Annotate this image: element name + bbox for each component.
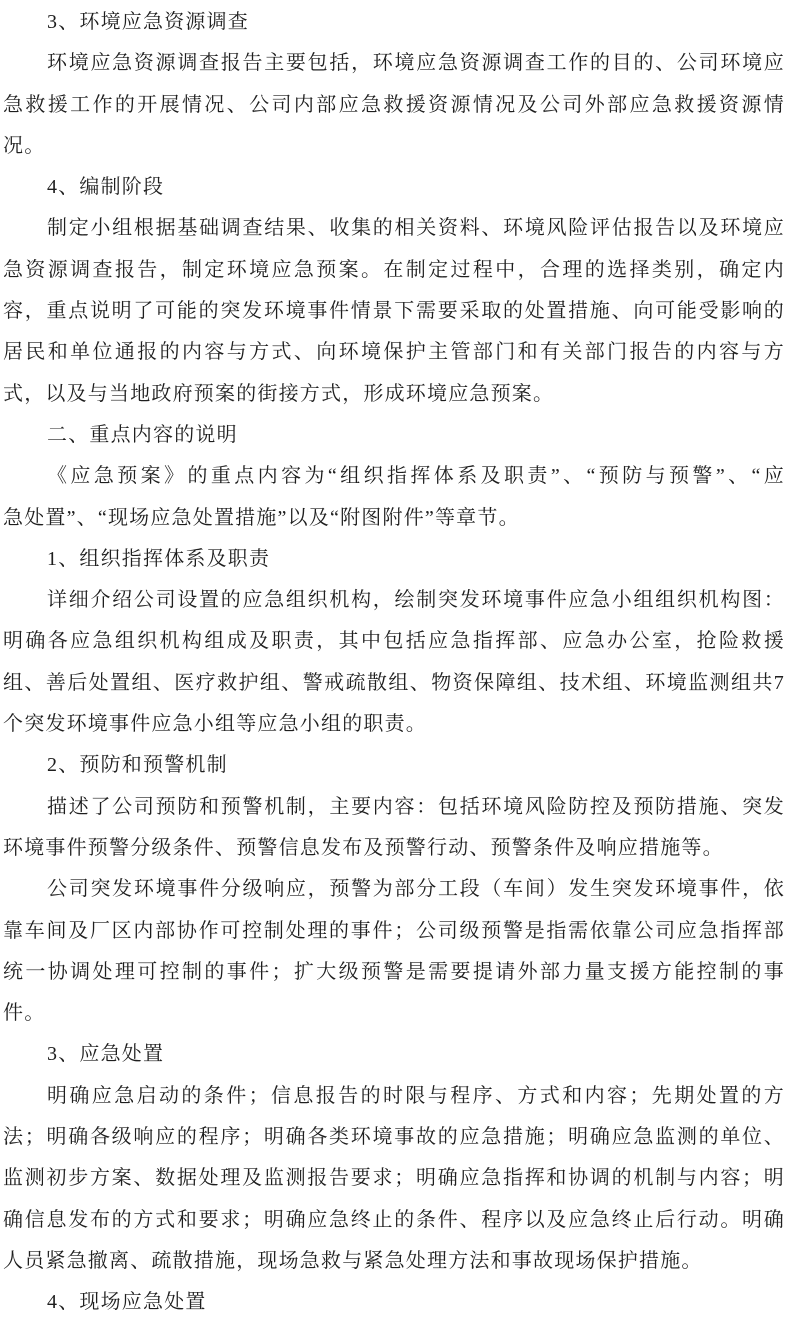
document-line: 二、重点内容的说明	[3, 415, 785, 456]
document-line: 统一协调处理可控制的事件；扩大级预警是需要提请外部力量支援方能控制的事	[3, 952, 785, 993]
document-page: 3、环境应急资源调查环境应急资源调查报告主要包括，环境应急资源调查工作的目的、公…	[0, 0, 800, 1325]
document-line: 急资源调查报告，制定环境应急预案。在制定过程中，合理的选择类别，确定内	[3, 250, 785, 291]
document-line: 明确各应急组织机构组成及职责，其中包括应急指挥部、应急办公室，抢险救援	[3, 621, 785, 662]
document-line: 组、善后处置组、医疗救护组、警戒疏散组、物资保障组、技术组、环境监测组共7	[3, 663, 785, 704]
document-line: 2、预防和预警机制	[3, 745, 785, 786]
document-line: 件。	[3, 993, 785, 1034]
document-line: 况。	[3, 126, 785, 167]
document-line: 制定小组根据基础调查结果、收集的相关资料、环境风险评估报告以及环境应	[3, 208, 785, 249]
document-text: 3、环境应急资源调查环境应急资源调查报告主要包括，环境应急资源调查工作的目的、公…	[3, 2, 785, 1324]
document-line: 监测初步方案、数据处理及监测报告要求；明确应急指挥和协调的机制与内容；明	[3, 1158, 785, 1199]
document-line: 环境事件预警分级条件、预警信息发布及预警行动、预警条件及响应措施等。	[3, 828, 785, 869]
document-line: 4、编制阶段	[3, 167, 785, 208]
document-line: 明确应急启动的条件；信息报告的时限与程序、方式和内容；先期处置的方	[3, 1076, 785, 1117]
document-line: 居民和单位通报的内容与方式、向环境保护主管部门和有关部门报告的内容与方	[3, 332, 785, 373]
document-line: 公司突发环境事件分级响应，预警为部分工段（车间）发生突发环境事件，依	[3, 869, 785, 910]
document-line: 3、环境应急资源调查	[3, 2, 785, 43]
document-line: 式，以及与当地政府预案的街接方式，形成环境应急预案。	[3, 374, 785, 415]
document-line: 急救援工作的开展情况、公司内部应急救援资源情况及公司外部应急救援资源情	[3, 85, 785, 126]
document-line: 描述了公司预防和预警机制，主要内容：包括环境风险防控及预防措施、突发	[3, 787, 785, 828]
document-line: 急处置”、“现场应急处置措施”以及“附图附件”等章节。	[3, 498, 785, 539]
document-line: 环境应急资源调查报告主要包括，环境应急资源调查工作的目的、公司环境应	[3, 43, 785, 84]
document-line: 确信息发布的方式和要求；明确应急终止的条件、程序以及应急终止后行动。明确	[3, 1200, 785, 1241]
document-line: 4、现场应急处置	[3, 1282, 785, 1323]
document-line: 容，重点说明了可能的突发环境事件情景下需要采取的处置措施、向可能受影响的	[3, 291, 785, 332]
document-line: 法；明确各级响应的程序；明确各类环境事故的应急措施；明确应急监测的单位、	[3, 1117, 785, 1158]
document-line: 3、应急处置	[3, 1034, 785, 1075]
document-line: 详细介绍公司设置的应急组织机构，绘制突发环境事件应急小组组织机构图：	[3, 580, 785, 621]
document-line: 《应急预案》的重点内容为“组织指挥体系及职责”、“预防与预警”、“应	[3, 456, 785, 497]
document-line: 个突发环境事件应急小组等应急小组的职责。	[3, 704, 785, 745]
document-line: 靠车间及厂区内部协作可控制处理的事件；公司级预警是指需依靠公司应急指挥部	[3, 911, 785, 952]
document-line: 1、组织指挥体系及职责	[3, 539, 785, 580]
document-line: 人员紧急撤离、疏散措施，现场急救与紧急处理方法和事故现场保护措施。	[3, 1241, 785, 1282]
